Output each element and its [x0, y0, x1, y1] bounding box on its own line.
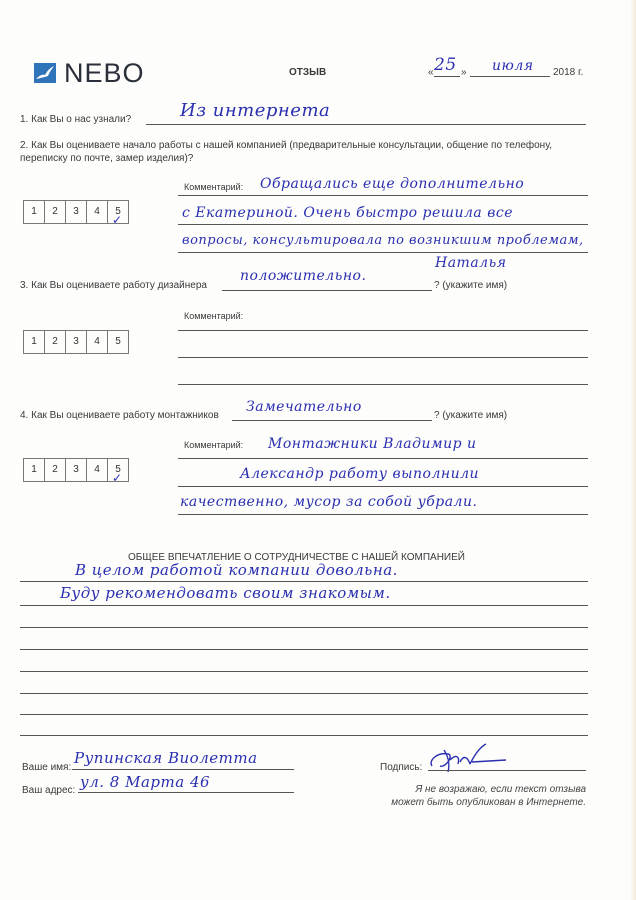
- q2-rating-5[interactable]: 5✓: [108, 201, 128, 223]
- q3-rating-3[interactable]: 3: [66, 331, 87, 353]
- q2-comment-label: Комментарий:: [184, 182, 243, 192]
- q4-comment-line-2[interactable]: Александр работу выполнили: [240, 466, 479, 482]
- q4-answer[interactable]: Замечательно: [246, 399, 362, 415]
- q4-rating-4[interactable]: 4: [87, 459, 108, 481]
- q4-rating-2[interactable]: 2: [45, 459, 66, 481]
- q3-comment-line-3[interactable]: [178, 384, 588, 385]
- overall-line-7[interactable]: [20, 714, 588, 715]
- q2-label-line1: 2. Как Вы оцениваете начало работы с наш…: [20, 140, 552, 151]
- q4-label: 4. Как Вы оцениваете работу монтажников: [20, 410, 219, 421]
- overall-line-6[interactable]: [20, 693, 588, 694]
- form-title: ОТЗЫВ: [289, 67, 326, 78]
- q3-suffix: ? (укажите имя): [434, 280, 507, 291]
- q2-rating-4[interactable]: 4: [87, 201, 108, 223]
- q3-rating-5[interactable]: 5: [108, 331, 128, 353]
- q3-rating-scale: 1 2 3 4 5: [23, 330, 129, 354]
- overall-line-2[interactable]: Буду рекомендовать своим знакомым.: [60, 584, 391, 602]
- q4-comment-line-1[interactable]: Монтажники Владимир и: [268, 436, 477, 452]
- q3-comment-line-1[interactable]: [178, 330, 588, 331]
- name-field[interactable]: Рупинская Виолетта: [74, 749, 258, 767]
- consent-note-line-2: может быть опубликован в Интернете.: [360, 797, 586, 808]
- q3-answer[interactable]: положительно.: [240, 268, 366, 284]
- q2-rating-1[interactable]: 1: [24, 201, 45, 223]
- q2-comment-line-1[interactable]: Обращались еще дополнительно: [260, 176, 524, 192]
- q4-suffix: ? (укажите имя): [434, 410, 507, 421]
- date-month[interactable]: июля: [492, 58, 534, 74]
- q1-answer[interactable]: Из интернета: [180, 100, 330, 121]
- checkmark-icon: ✓: [112, 467, 122, 489]
- brand-logo: NEBO: [64, 58, 145, 89]
- q2-rating-scale: 1 2 3 4 5✓: [23, 200, 129, 224]
- q4-rating-1[interactable]: 1: [24, 459, 45, 481]
- date-quote-open: «: [428, 67, 434, 78]
- q2-rating-2[interactable]: 2: [45, 201, 66, 223]
- q3-comment-label: Комментарий:: [184, 311, 243, 321]
- overall-line-4[interactable]: [20, 649, 588, 650]
- q2-label-line2: переписку по почте, замер изделия)?: [20, 153, 193, 164]
- q2-rating-3[interactable]: 3: [66, 201, 87, 223]
- q2-comment-line-3[interactable]: вопросы, консультировала по возникшим пр…: [182, 233, 584, 248]
- q3-designer-name[interactable]: Наталья: [435, 255, 506, 271]
- q3-label: 3. Как Вы оцениваете работу дизайнера: [20, 280, 207, 291]
- name-label: Ваше имя:: [22, 762, 71, 773]
- q4-comment-label: Комментарий:: [184, 440, 243, 450]
- q3-rating-4[interactable]: 4: [87, 331, 108, 353]
- overall-line-5[interactable]: [20, 671, 588, 672]
- q3-rating-2[interactable]: 2: [45, 331, 66, 353]
- q4-rating-3[interactable]: 3: [66, 459, 87, 481]
- q1-label: 1. Как Вы о нас узнали?: [20, 114, 131, 125]
- q4-comment-line-3[interactable]: качественно, мусор за собой убрали.: [180, 494, 477, 510]
- signature-label: Подпись:: [380, 762, 422, 773]
- date-day[interactable]: 25: [434, 55, 457, 75]
- q4-rating-5[interactable]: 5✓: [108, 459, 128, 481]
- q2-comment-line-2[interactable]: с Екатериной. Очень быстро решила все: [182, 205, 513, 221]
- address-field[interactable]: ул. 8 Марта 46: [80, 773, 210, 791]
- consent-note-line-1: Я не возражаю, если текст отзыва: [360, 784, 586, 795]
- date-year: 2018 г.: [553, 67, 583, 78]
- q4-rating-scale: 1 2 3 4 5✓: [23, 458, 129, 482]
- overall-line-3[interactable]: [20, 627, 588, 628]
- seagull-icon: [34, 63, 56, 83]
- checkmark-icon: ✓: [112, 209, 122, 231]
- paper-edge-shadow: [630, 0, 636, 900]
- overall-line-1[interactable]: В целом работой компании довольна.: [75, 561, 398, 579]
- q3-rating-1[interactable]: 1: [24, 331, 45, 353]
- overall-line-8[interactable]: [20, 735, 588, 736]
- q3-comment-line-2[interactable]: [178, 357, 588, 358]
- address-label: Ваш адрес:: [22, 785, 75, 796]
- date-quote-close: »: [461, 67, 467, 78]
